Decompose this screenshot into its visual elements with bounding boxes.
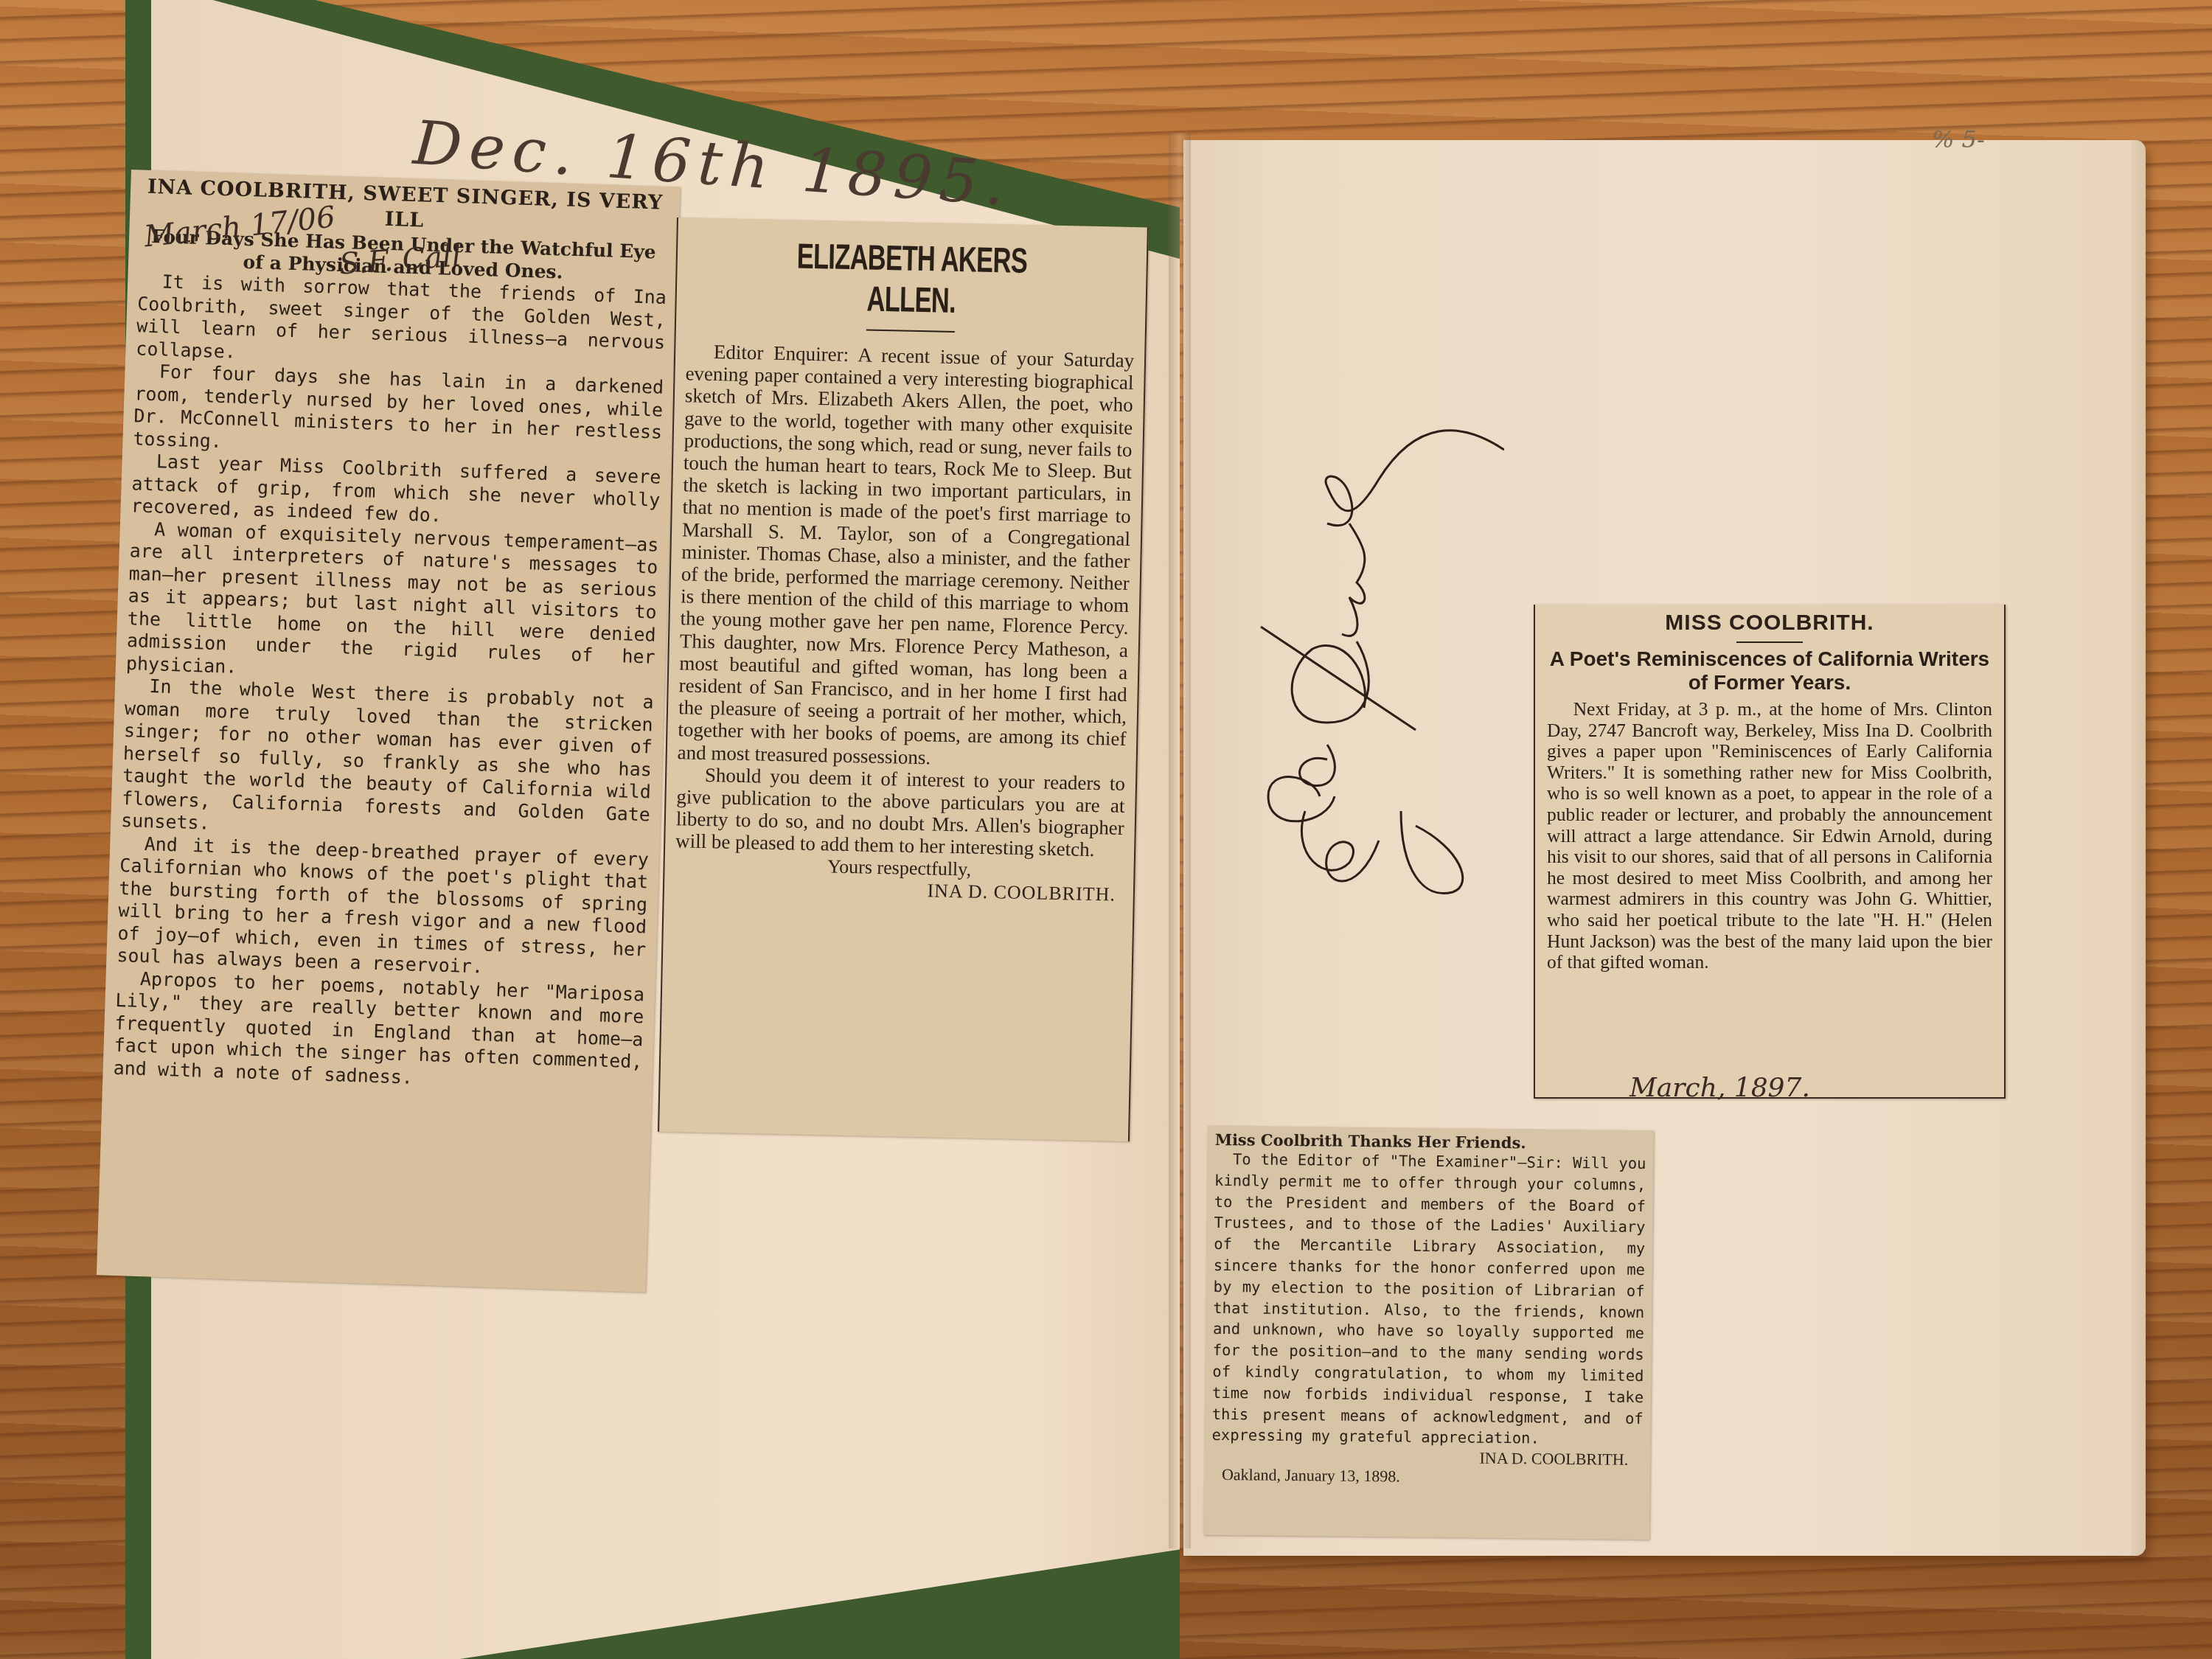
headline: ELIZABETH AKERS ALLEN. [749, 235, 1074, 324]
paragraph: Apropos to her poems, notably her "Marip… [113, 967, 644, 1096]
paragraph: It is with sorrow that the friends of In… [136, 270, 667, 376]
subheadline: A Poet's Reminiscences of California Wri… [1547, 647, 1992, 695]
divider [1736, 641, 1803, 643]
paragraph: To the Editor of "The Examiner"—Sir: Wil… [1211, 1149, 1646, 1450]
clipping-elizabeth-akers-allen: ELIZABETH AKERS ALLEN. Editor Enquirer: … [658, 218, 1149, 1141]
paragraph: Should you deem it of interest to your r… [675, 763, 1125, 862]
clipping-coolbrith-very-ill: INA COOLBRITH, SWEET SINGER, IS VERY ILL… [97, 170, 681, 1293]
right-page-edge [2131, 140, 2146, 1556]
handwritten-signature-icon [1239, 413, 1504, 1062]
headline: MISS COOLBRITH. [1547, 611, 1992, 636]
clipping-miss-coolbrith-reminiscences: MISS COOLBRITH. A Poet's Reminiscences o… [1534, 605, 2006, 1099]
paragraph: Editor Enquirer: A recent issue of your … [678, 340, 1135, 772]
paragraph: And it is the deep-breathed prayer of ev… [116, 832, 649, 983]
divider [866, 329, 955, 333]
paragraph: Next Friday, at 3 p. m., at the home of … [1547, 699, 1992, 973]
paragraph: For four days she has lain in a darkened… [133, 360, 664, 466]
handwritten-date-right-clip: March, 1897. [1630, 1073, 1810, 1103]
paragraph: A woman of exquisitely nervous temperame… [125, 518, 658, 692]
paragraph: In the whole West there is probably not … [121, 675, 654, 849]
book-gutter [1169, 133, 1191, 1548]
pencil-corner-note: % 5- [1932, 125, 1985, 153]
clipping-coolbrith-thanks-friends: Miss Coolbrith Thanks Her Friends. To th… [1203, 1126, 1654, 1540]
